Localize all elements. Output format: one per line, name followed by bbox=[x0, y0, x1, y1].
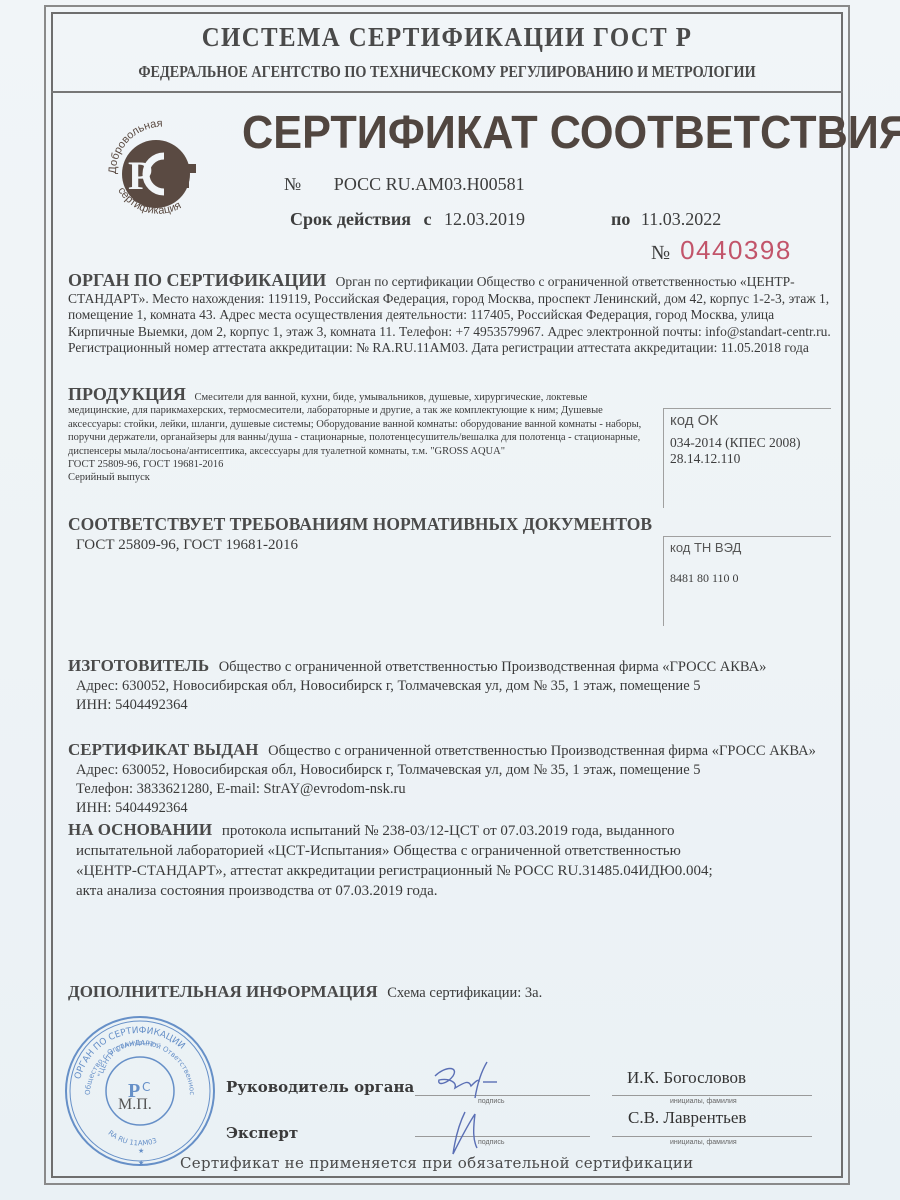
head-name-line bbox=[612, 1095, 812, 1096]
issued-to-contacts: Телефон: 3833621280, E-mail: StrAY@evrod… bbox=[68, 780, 838, 799]
manufacturer-name: Общество с ограниченной ответственностью… bbox=[219, 659, 767, 675]
number-sign: № bbox=[651, 242, 670, 264]
additional-info-heading: ДОПОЛНИТЕЛЬНАЯ ИНФОРМАЦИЯ bbox=[68, 982, 378, 1001]
svg-text:★: ★ bbox=[138, 1147, 144, 1155]
issued-to-name: Общество с ограниченной ответственностью… bbox=[268, 743, 816, 759]
system-title: СИСТЕМА СЕРТИФИКАЦИИ ГОСТ Р bbox=[83, 22, 812, 53]
certificate-number-value: РОСС RU.АМ03.Н00581 bbox=[334, 174, 525, 194]
issued-to-heading: СЕРТИФИКАТ ВЫДАН bbox=[68, 740, 259, 759]
svg-text:RA RU 11АМ03: RA RU 11АМ03 bbox=[107, 1129, 158, 1148]
validity-label: Срок действия bbox=[290, 209, 411, 229]
blank-serial-value: 0440398 bbox=[680, 235, 792, 265]
tn-ved-value: 8481 80 110 0 bbox=[670, 571, 831, 586]
products-section: ПРОДУКЦИЯ Смесители для ванной, кухни, б… bbox=[68, 388, 648, 485]
manufacturer-address: Адрес: 630052, Новосибирская обл, Новоси… bbox=[68, 677, 838, 696]
svg-text:★: ★ bbox=[138, 1159, 144, 1167]
from-label: с bbox=[424, 209, 432, 229]
manufacturer-inn: ИНН: 5404492364 bbox=[68, 696, 838, 715]
basis-line2: испытательной лабораторией «ЦСТ-Испытани… bbox=[68, 841, 838, 861]
agency-title: ФЕДЕРАЛЬНОЕ АГЕНТСТВО ПО ТЕХНИЧЕСКОМУ РЕ… bbox=[106, 62, 787, 82]
tn-ved-code-box: код ТН ВЭД 8481 80 110 0 bbox=[663, 536, 831, 626]
certification-body-heading: ОРГАН ПО СЕРТИФИКАЦИИ bbox=[68, 270, 326, 290]
footer-note: Сертификат не применяется при обязательн… bbox=[180, 1154, 693, 1172]
ok-code-label: код ОК bbox=[670, 412, 831, 429]
products-standards: ГОСТ 25809-96, ГОСТ 19681-2016 bbox=[68, 458, 648, 471]
ok-code-line2: 28.14.12.110 bbox=[670, 451, 831, 467]
certificate-number: № РОСС RU.АМ03.Н00581 bbox=[284, 174, 525, 195]
conformity-heading: СООТВЕТСТВУЕТ ТРЕБОВАНИЯМ НОРМАТИВНЫХ ДО… bbox=[68, 514, 652, 534]
issued-to-inn: ИНН: 5404492364 bbox=[68, 799, 838, 818]
blank-serial-number: № 0440398 bbox=[651, 235, 792, 266]
validity-to: по 11.03.2022 bbox=[611, 209, 721, 230]
head-name-caption: инициалы, фамилия bbox=[670, 1098, 737, 1105]
basis-line1: протокола испытаний № 238-03/12-ЦСТ от 0… bbox=[222, 823, 675, 839]
additional-info-section: ДОПОЛНИТЕЛЬНАЯ ИНФОРМАЦИЯ Схема сертифик… bbox=[68, 984, 838, 1002]
basis-line4: акта анализа состояния производства от 0… bbox=[68, 881, 838, 901]
head-name: И.К. Богословов bbox=[627, 1068, 746, 1088]
expert-name-caption: инициалы, фамилия bbox=[670, 1139, 737, 1146]
basis-section: НА ОСНОВАНИИ протокола испытаний № 238-0… bbox=[68, 820, 838, 901]
header-divider bbox=[51, 91, 843, 93]
expert-name: С.В. Лаврентьев bbox=[628, 1108, 746, 1128]
tn-ved-label: код ТН ВЭД bbox=[670, 540, 831, 555]
ok-code-line1: 034-2014 (КПЕС 2008) bbox=[670, 435, 831, 451]
handwritten-signature-icon bbox=[425, 1052, 515, 1162]
rst-logo-icon: P Добровольная сертификация bbox=[104, 112, 214, 222]
certification-body-section: ОРГАН ПО СЕРТИФИКАЦИИ Орган по сертифика… bbox=[68, 272, 838, 357]
basis-line3: «ЦЕНТР-СТАНДАРТ», аттестат аккредитации … bbox=[68, 861, 838, 881]
release-type: Серийный выпуск bbox=[68, 471, 648, 484]
expert-name-line bbox=[612, 1136, 812, 1137]
basis-heading: НА ОСНОВАНИИ bbox=[68, 820, 212, 839]
additional-info-text: Схема сертификации: 3а. bbox=[387, 985, 542, 1001]
svg-text:М.П.: М.П. bbox=[118, 1096, 152, 1113]
expert-label: Эксперт bbox=[226, 1124, 298, 1142]
ok-code-box: код ОК 034-2014 (КПЕС 2008) 28.14.12.110 bbox=[663, 408, 831, 508]
products-heading: ПРОДУКЦИЯ bbox=[68, 384, 186, 404]
svg-text:С: С bbox=[142, 1080, 150, 1094]
certificate-title: СЕРТИФИКАТ СООТВЕТСТВИЯ bbox=[242, 105, 900, 159]
valid-from-date: 12.03.2019 bbox=[444, 209, 525, 229]
number-sign: № bbox=[284, 174, 301, 194]
issued-to-address: Адрес: 630052, Новосибирская обл, Новоси… bbox=[68, 761, 838, 780]
head-of-body-label: Руководитель органа bbox=[226, 1078, 414, 1096]
manufacturer-section: ИЗГОТОВИТЕЛЬ Общество с ограниченной отв… bbox=[68, 656, 838, 715]
validity-from: Срок действия с 12.03.2019 bbox=[290, 209, 525, 230]
to-label: по bbox=[611, 209, 630, 229]
valid-to-date: 11.03.2022 bbox=[641, 209, 721, 229]
manufacturer-heading: ИЗГОТОВИТЕЛЬ bbox=[68, 656, 209, 675]
issued-to-section: СЕРТИФИКАТ ВЫДАН Общество с ограниченной… bbox=[68, 740, 838, 818]
seal-stamp-icon: ОРГАН ПО СЕРТИФИКАЦИИ Общество с Огранич… bbox=[58, 1003, 222, 1173]
